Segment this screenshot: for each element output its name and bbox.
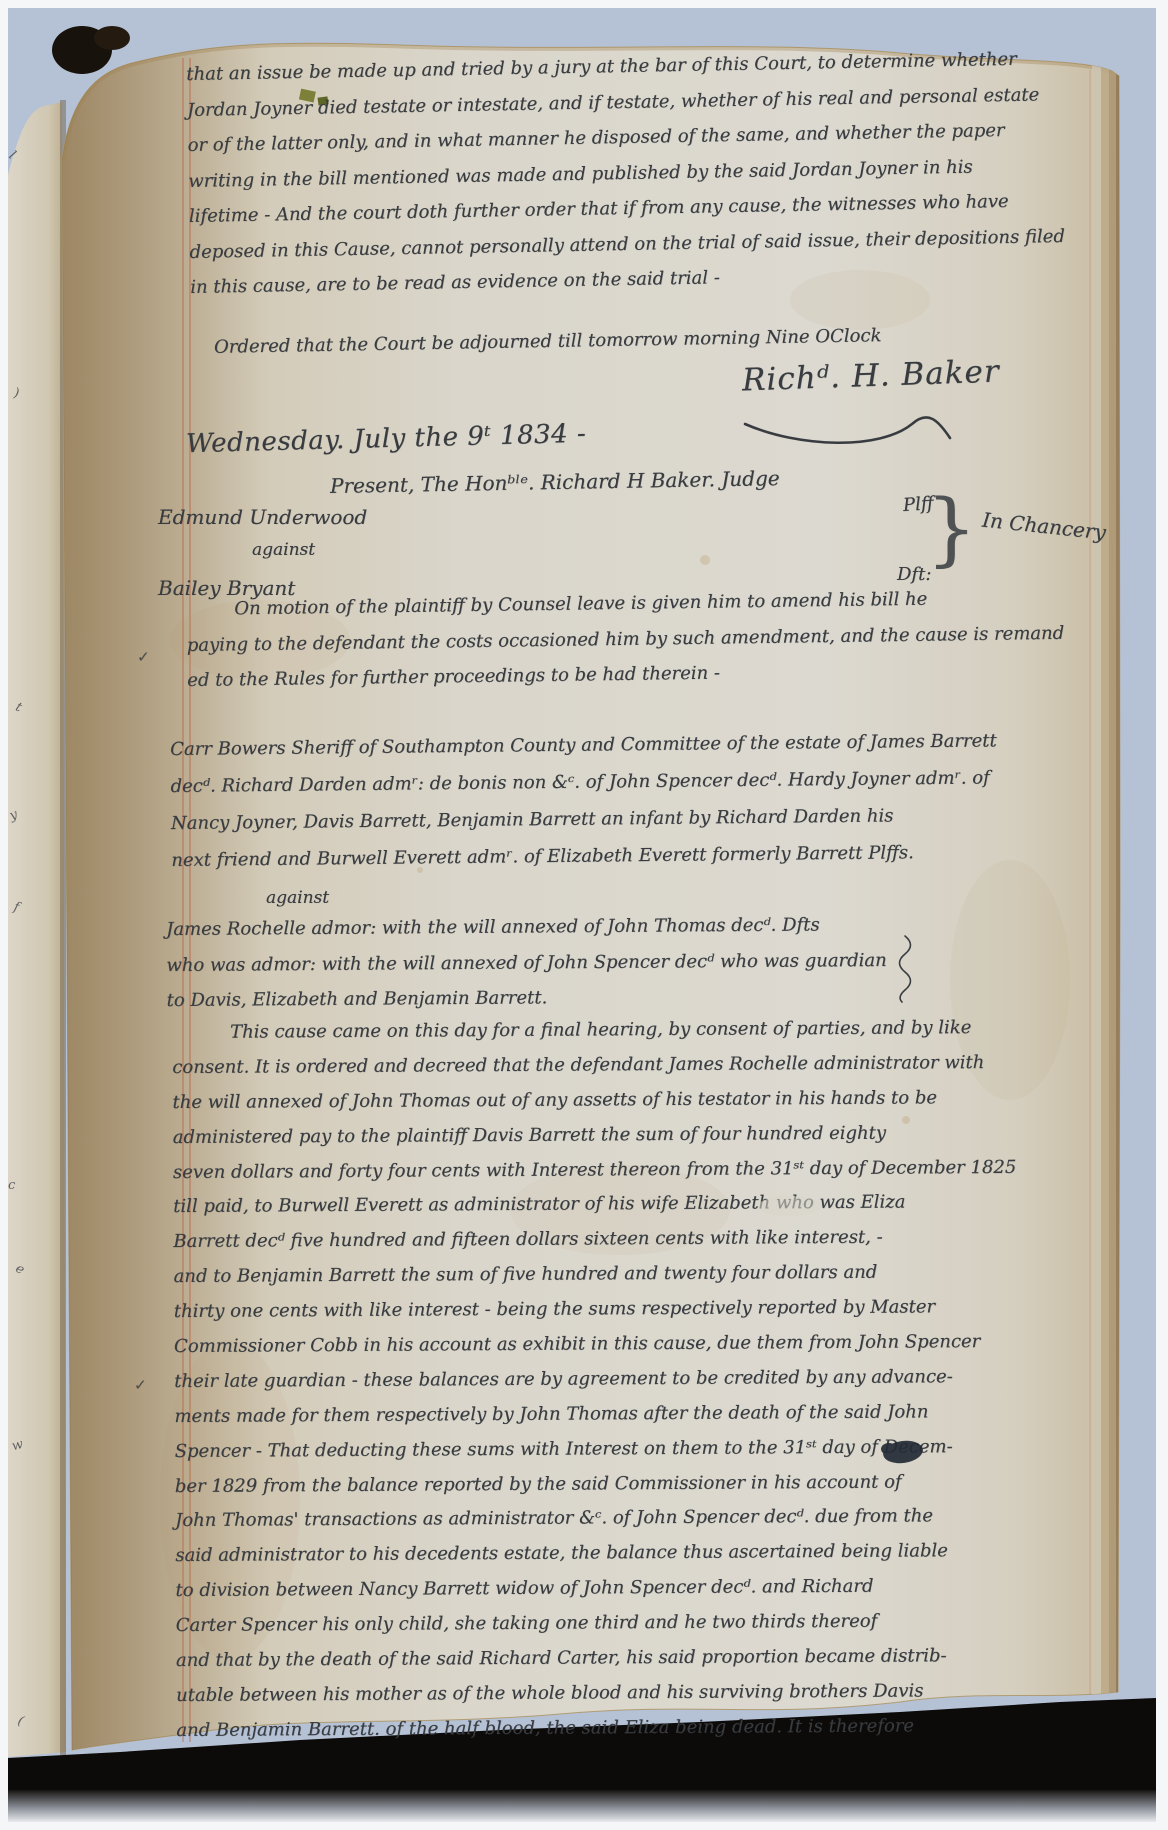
manuscript-line: John Thomas' transactions as administrat… xyxy=(175,1499,1019,1539)
decree-paragraph: This cause came on this day for a final … xyxy=(172,1011,1020,1749)
in-chancery-annotation: In Chancery xyxy=(981,508,1107,545)
manuscript-line: said administrator to his decedents esta… xyxy=(175,1534,1019,1574)
manuscript-line: thirty one cents with like interest - be… xyxy=(174,1290,1018,1330)
manuscript-line: next friend and Burwell Everett admʳ. of… xyxy=(171,833,998,879)
manuscript-line: their late guardian - these balances are… xyxy=(174,1360,1018,1400)
case2-plaintiffs-caption: Carr Bowers Sheriff of Southampton Count… xyxy=(170,722,998,879)
jury-order-paragraph: that an issue be made up and tried by a … xyxy=(186,41,1066,306)
present-line: Present, The Honᵇˡᵉ. Richard H Baker. Ju… xyxy=(330,466,780,498)
manuscript-line: to division between Nancy Barrett widow … xyxy=(175,1569,1019,1609)
manuscript-line: ber 1829 from the balance reported by th… xyxy=(175,1464,1019,1504)
manuscript-line: consent. It is ordered and decreed that … xyxy=(172,1046,1016,1086)
manuscript-line: ments made for them respectively by John… xyxy=(174,1395,1018,1435)
manuscript-line: and Benjamin Barrett. of the half blood,… xyxy=(176,1709,1020,1749)
court-record-photo: l ) t y f c e w ( that an issue be made … xyxy=(0,0,1168,1830)
manuscript-line: who was admor: with the will annexed of … xyxy=(166,942,887,983)
manuscript-line: Carter Spencer his only child, she takin… xyxy=(176,1604,1020,1644)
manuscript-line: This cause came on this day for a final … xyxy=(172,1011,1016,1051)
session-date-heading: Wednesday. July the 9ᵗ 1834 - xyxy=(186,419,587,459)
chancery-brace: } xyxy=(926,486,977,572)
manuscript-line: James Rochelle admor: with the will anne… xyxy=(166,907,887,948)
manuscript-line: till paid, to Burwell Everett as adminis… xyxy=(173,1185,1017,1225)
manuscript-line: Commissioner Cobb in his account as exhi… xyxy=(174,1325,1018,1365)
manuscript-line: administered pay to the plaintiff Davis … xyxy=(173,1116,1017,1156)
margin-check-mark: ✓ xyxy=(134,1376,147,1394)
motion-paragraph: On motion of the plaintiff by Counsel le… xyxy=(186,580,1065,699)
manuscript-line: the will annexed of John Thomas out of a… xyxy=(172,1081,1016,1121)
margin-check-mark: ✓ xyxy=(137,648,150,666)
manuscript-line: and that by the death of the said Richar… xyxy=(176,1639,1020,1679)
manuscript-line: and to Benjamin Barrett the sum of five … xyxy=(173,1255,1017,1295)
manuscript-line: Spencer - That deducting these sums with… xyxy=(175,1430,1019,1470)
case1-against-label: against xyxy=(252,540,315,560)
case2-against-label: against xyxy=(266,888,329,908)
case1-plaintiff-name: Edmund Underwood xyxy=(158,505,367,529)
manuscript-line: seven dollars and forty four cents with … xyxy=(173,1150,1017,1190)
judge-signature: Richᵈ. H. Baker xyxy=(741,354,1000,399)
manuscript-line: utable between his mother as of the whol… xyxy=(176,1674,1020,1714)
manuscript-text-layer: that an issue be made up and tried by a … xyxy=(0,0,1168,1830)
case2-defendants-caption: James Rochelle admor: with the will anne… xyxy=(166,907,887,1019)
adjournment-line: Ordered that the Court be adjourned till… xyxy=(214,325,882,358)
manuscript-line: Barrett decᵈ five hundred and fifteen do… xyxy=(173,1220,1017,1260)
